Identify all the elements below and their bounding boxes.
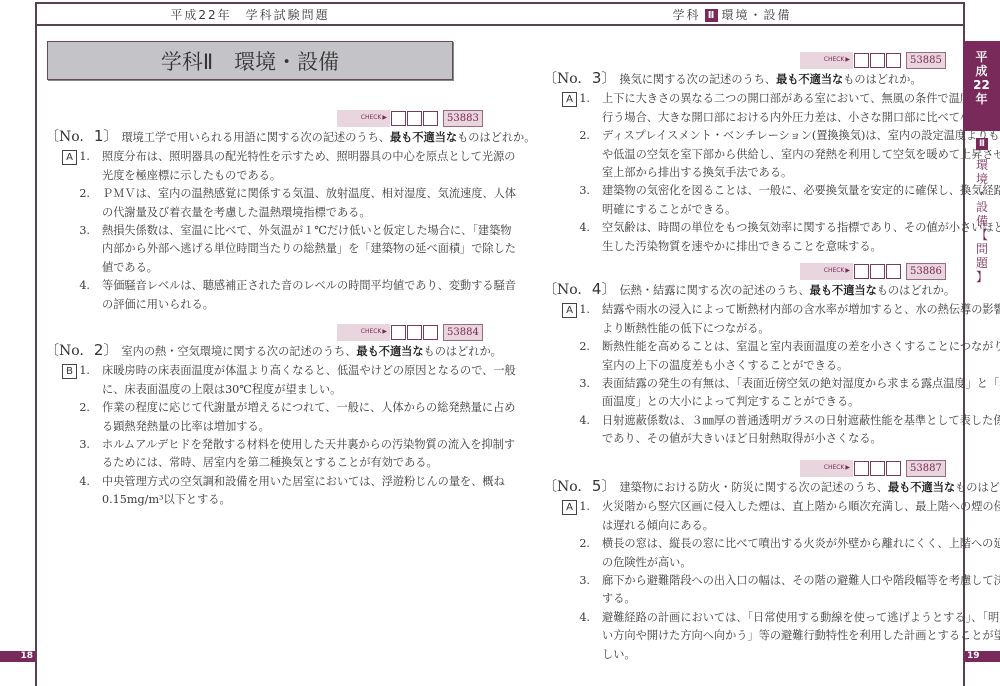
- option-number: 4.: [570, 412, 590, 430]
- check-box-1[interactable]: [391, 111, 406, 126]
- option-text-line: 室内の上下の温度差も小さくすることができる。: [602, 357, 848, 375]
- option-number: 1.: [570, 301, 590, 319]
- year-tab-char: 平: [963, 50, 1000, 64]
- question-stem: 〔No.1〕環境工学で用いられる用語に関する次の記述のうち、最も不適当なものはど…: [45, 127, 535, 147]
- option-text-line: ディスプレイスメント・ベンチレーション(置換換気)は、室内の設定温度よりもや: [602, 127, 1000, 145]
- option-text-line: 0.15mg/m³以下とする。: [102, 491, 231, 509]
- running-head-topic: 環境・設備: [722, 8, 792, 22]
- option-number: 4.: [570, 219, 590, 237]
- check-box-1[interactable]: [391, 325, 406, 340]
- check-box-2[interactable]: [407, 111, 422, 126]
- option-text-line: 建築物の気密化を図ることは、一般に、必要換気量を安定的に確保し、換気経路を: [602, 182, 1000, 200]
- question-number: 〔No.3〕: [543, 71, 615, 87]
- check-row: CHECK▶ 53884: [337, 324, 483, 341]
- option-text-line: 熱損失係数は、室温に比べて、外気温が１℃だけ低いと仮定した場合に、「建築物: [102, 222, 511, 240]
- option-text-line: ホルムアルデヒドを発散する材料を使用した天井裏からの汚染物質の流入を抑制す: [102, 436, 515, 454]
- page-number: 19: [964, 651, 1000, 662]
- left-page: 平成22年 学科試験問題 学科Ⅱ 環境・設備 CHECK▶ 53883 〔No.…: [0, 0, 500, 686]
- option-number: 3.: [570, 182, 590, 200]
- question-stem: 〔No.4〕伝熱・結露に関する次の記述のうち、最も不適当なものはどれか。: [543, 280, 955, 300]
- running-head: 学科Ⅱ環境・設備: [500, 6, 964, 23]
- year-tab[interactable]: 平 成 22 年: [963, 41, 1000, 131]
- option-text-line: 内部から外部へ逃げる単位時間当たりの総熱量」を「建築物の延べ面積」で除した: [102, 240, 516, 258]
- question-number: 〔No.4〕: [543, 282, 615, 298]
- option-number: 2.: [570, 535, 590, 553]
- header-rule: [35, 24, 500, 26]
- question-stem: 〔No.5〕建築物における防火・防災に関する次の記述のうち、最も不適当なものはど…: [543, 477, 1000, 497]
- running-head-subject: 学科: [672, 8, 700, 22]
- side-index-char: 設: [974, 200, 990, 214]
- question-number: 〔No.1〕: [45, 129, 117, 145]
- play-arrow-icon: ▶: [382, 109, 387, 127]
- option-number: 3.: [570, 375, 590, 393]
- year-tab-char: 成: [963, 64, 1000, 78]
- option-text-line: 横長の窓は、縦長の窓に比べて噴出する火炎が外壁から離れにくく、上階への延焼: [602, 535, 1000, 553]
- question-id: 53884: [443, 324, 483, 341]
- check-row: CHECK▶ 53886: [800, 263, 946, 280]
- option-text-line: する。: [602, 590, 636, 608]
- option-number: 3.: [70, 222, 90, 240]
- check-label: CHECK▶: [800, 52, 853, 69]
- question-number: 〔No.5〕: [543, 479, 615, 495]
- option-number: 4.: [70, 277, 90, 295]
- option-number: 2.: [570, 127, 590, 145]
- check-box-3[interactable]: [423, 111, 438, 126]
- option-text-line: 面温度」との大小によって判定することができる。: [602, 393, 859, 411]
- question-text: 建築物における防火・防災に関する次の記述のうち、最も不適当なものはどれか。: [619, 481, 1000, 494]
- option-text-line: 値である。: [102, 259, 158, 277]
- option-number: 4.: [70, 473, 90, 491]
- section-title: 学科Ⅱ 環境・設備: [47, 41, 453, 80]
- play-arrow-icon: ▶: [845, 459, 850, 477]
- option-number: 1.: [70, 148, 90, 166]
- check-box-3[interactable]: [886, 264, 901, 279]
- page-border: [500, 2, 964, 4]
- side-index-char: 環: [974, 158, 990, 172]
- option-text-line: 光度を極座標に示したものである。: [102, 167, 281, 185]
- option-text-line: 床暖房時の床表面温度が体温より高くなると、低温やけどの原因となるので、一般: [102, 362, 516, 380]
- side-index-char: ・: [974, 186, 990, 200]
- option-text-line: 断熱性能を高めることは、室温と室内表面温度の差を小さくすることにつながり、: [602, 338, 1000, 356]
- check-box-3[interactable]: [886, 461, 901, 476]
- page-border: [35, 2, 500, 4]
- question-id: 53885: [906, 52, 946, 69]
- play-arrow-icon: ▶: [845, 51, 850, 69]
- check-box-1[interactable]: [854, 264, 869, 279]
- side-index-char: 題: [974, 256, 990, 270]
- side-index-char: 【: [974, 228, 990, 242]
- page-number: 18: [0, 651, 35, 662]
- option-text-line: 結露や雨水の浸入によって断熱材内部の含水率が増加すると、水の熱伝導の影響に: [602, 301, 1000, 319]
- section-mark-icon: Ⅱ: [705, 9, 718, 22]
- section-mark-icon: Ⅱ: [976, 138, 988, 150]
- question-text: 伝熱・結露に関する次の記述のうち、最も不適当なものはどれか。: [619, 284, 955, 297]
- option-number: 2.: [70, 399, 90, 417]
- play-arrow-icon: ▶: [845, 262, 850, 280]
- option-text-line: の代謝量及び着衣量を考慮した温熱環境指標である。: [102, 204, 371, 222]
- option-number: 4.: [570, 609, 590, 627]
- option-text-line: るためには、常時、居室内を第二種換気とすることが有効である。: [102, 454, 438, 472]
- option-text-line: 避難経路の計画においては、「日常使用する動線を使って逃げようとする」、「明る: [602, 609, 1000, 627]
- check-box-2[interactable]: [870, 264, 885, 279]
- check-row: CHECK▶ 53885: [800, 52, 946, 69]
- question-text: 換気に関する次の記述のうち、最も不適当なものはどれか。: [619, 73, 921, 86]
- check-label: CHECK▶: [800, 460, 853, 477]
- play-arrow-icon: ▶: [382, 323, 387, 341]
- option-text-line: 作業の程度に応じて代謝量が増えるにつれて、一般に、人体からの総発熱量に占め: [102, 399, 516, 417]
- option-text-line: 廊下から避難階段への出入口の幅は、その階の避難人口や階段幅等を考慮して決定: [602, 572, 1000, 590]
- check-label: CHECK▶: [800, 263, 853, 280]
- running-head: 平成22年 学科試験問題: [0, 6, 500, 23]
- question-stem: 〔No.2〕室内の熱・空気環境に関する次の記述のうち、最も不適当なものはどれか。: [45, 341, 502, 361]
- option-text-line: は遅れる傾向にある。: [602, 517, 714, 535]
- check-box-3[interactable]: [423, 325, 438, 340]
- check-label: CHECK▶: [337, 110, 390, 127]
- check-box-2[interactable]: [870, 53, 885, 68]
- side-index-char: 問: [974, 242, 990, 256]
- option-text-line: 生した汚染物質を速やかに排出できることを意味する。: [602, 238, 882, 256]
- option-number: 1.: [570, 498, 590, 516]
- option-text-line: 中央管理方式の空気調和設備を用いた居室においては、浮遊粉じんの量を、概ね: [102, 473, 505, 491]
- question-text: 室内の熱・空気環境に関する次の記述のうち、最も不適当なものはどれか。: [121, 345, 501, 358]
- option-text-line: であり、その値が大きいほど日射熱取得が小さくなる。: [602, 430, 882, 448]
- option-text-line: 等価騒音レベルは、聴感補正された音のレベルの時間平均値であり、変動する騒音: [102, 277, 516, 295]
- side-index-char: 境: [974, 172, 990, 186]
- check-label: CHECK▶: [337, 324, 390, 341]
- check-row: CHECK▶ 53883: [337, 110, 483, 127]
- option-text-line: 表面結露の発生の有無は、「表面近傍空気の絶対湿度から求まる露点温度」と「表: [602, 375, 1000, 393]
- option-text-line: より断熱性能の低下につながる。: [602, 320, 770, 338]
- header-rule: [500, 24, 964, 26]
- option-text-line: や低温の空気を室下部から供給し、室内の発熱を利用して空気を暖めて上昇させて、: [602, 146, 1000, 164]
- check-box-2[interactable]: [870, 461, 885, 476]
- option-number: 3.: [570, 572, 590, 590]
- year-tab-char: 22: [963, 78, 1000, 92]
- option-text-line: 火災階から竪穴区画に侵入した煙は、直上階から順次充満し、最上階への煙の侵入: [602, 498, 1000, 516]
- option-number: 1.: [570, 90, 590, 108]
- option-text-line: 照度分布は、照明器具の配光特性を示すため、照明器具の中心を原点として光源の: [102, 148, 516, 166]
- check-box-2[interactable]: [407, 325, 422, 340]
- question-stem: 〔No.3〕換気に関する次の記述のうち、最も不適当なものはどれか。: [543, 69, 922, 89]
- option-text-line: 空気齢は、時間の単位をもつ換気効率に関する指標であり、その値が小さいほど発: [602, 219, 1000, 237]
- question-id: 53883: [443, 110, 483, 127]
- check-row: CHECK▶ 53887: [800, 460, 946, 477]
- option-text-line: 日射遮蔽係数は、３㎜厚の普通透明ガラスの日射遮蔽性能を基準として表した係数: [602, 412, 1000, 430]
- question-number: 〔No.2〕: [45, 343, 117, 359]
- option-text-line: 室上部から排出する換気手法である。: [602, 164, 792, 182]
- check-box-3[interactable]: [886, 53, 901, 68]
- option-text-line: 明確にすることができる。: [602, 201, 736, 219]
- option-text-line: の危険性が高い。: [602, 554, 692, 572]
- question-text: 環境工学で用いられる用語に関する次の記述のうち、最も不適当なものはどれか。: [121, 131, 535, 144]
- year-tab-char: 年: [963, 92, 1000, 106]
- option-text-line: ＰＭＶは、室内の温熱感覚に関係する気温、放射温度、相対湿度、気流速度、人体: [102, 185, 516, 203]
- question-id: 53887: [906, 460, 946, 477]
- side-index-char: 】: [974, 270, 990, 284]
- option-text-line: の評価に用いられる。: [102, 296, 214, 314]
- option-text-line: 上下に大きさの異なる二つの開口部がある室において、無風の条件で温度差換気を: [602, 90, 1000, 108]
- option-text-line: い方向や開けた方向へ向かう」等の避難行動特性を利用した計画とすることが望ま: [602, 627, 1000, 645]
- check-box-1[interactable]: [854, 461, 869, 476]
- right-page: 学科Ⅱ環境・設備 CHECK▶ 53885 〔No.3〕換気に関する次の記述のう…: [500, 0, 1000, 686]
- option-text-line: に、床表面温度の上限は30℃程度が望ましい。: [102, 381, 341, 399]
- option-text-line: る顕熱発熱量の比率は増加する。: [102, 418, 270, 436]
- side-index-char: 備: [974, 214, 990, 228]
- side-index-label: 環 境 ・ 設 備 【 問 題 】: [974, 158, 990, 284]
- option-number: 3.: [70, 436, 90, 454]
- option-number: 2.: [570, 338, 590, 356]
- option-number: 2.: [70, 185, 90, 203]
- option-number: 1.: [70, 362, 90, 380]
- option-text-line: 行う場合、大きな開口部における内外圧力差は、小さな開口部に比べて小さい。: [602, 109, 1000, 127]
- option-text-line: しい。: [602, 646, 636, 664]
- check-box-1[interactable]: [854, 53, 869, 68]
- page-border: [35, 2, 37, 686]
- question-id: 53886: [906, 263, 946, 280]
